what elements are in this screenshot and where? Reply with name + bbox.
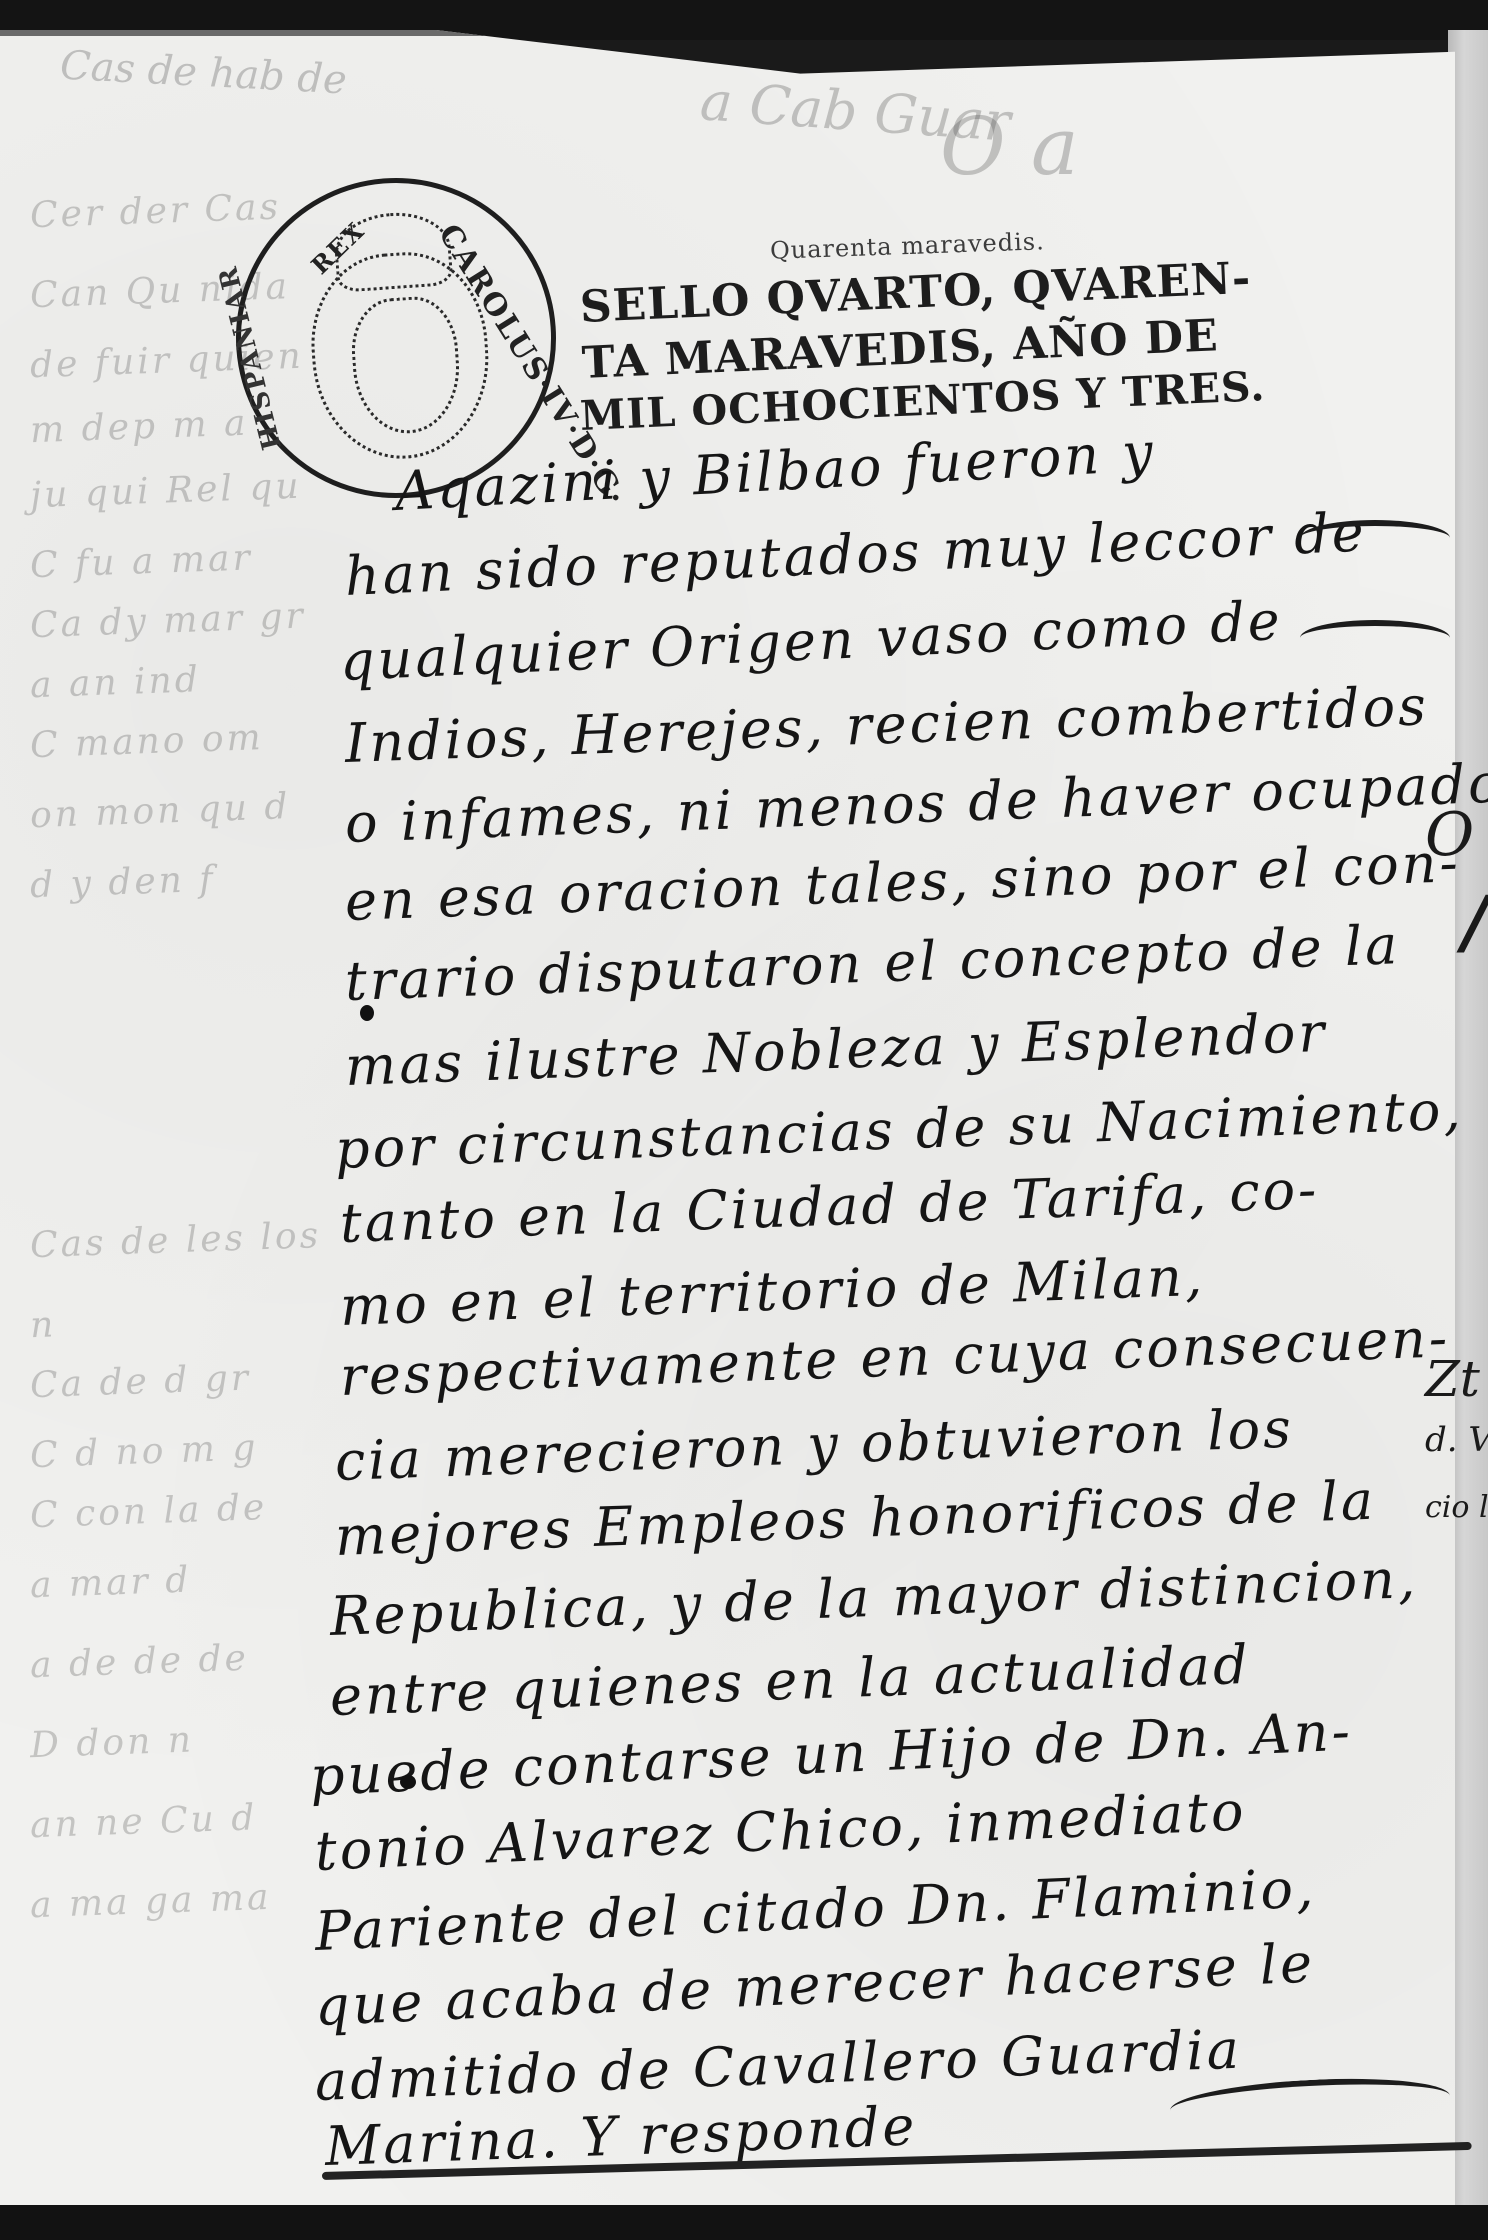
margin-note: d. V [1425, 1420, 1488, 1460]
margin-note: cio le [1425, 1490, 1488, 1525]
margin-note: Zt [1425, 1350, 1480, 1408]
line-end-flourish [1300, 620, 1450, 656]
margin-note: / [1462, 880, 1488, 963]
ink-blot [400, 1775, 416, 1789]
bleed-through-top-line: O a [940, 100, 1079, 193]
scanner-background-bottom [0, 2205, 1488, 2240]
line-end-flourish [1300, 520, 1450, 556]
margin-note: O [1425, 800, 1474, 870]
ink-blot [360, 1005, 374, 1021]
